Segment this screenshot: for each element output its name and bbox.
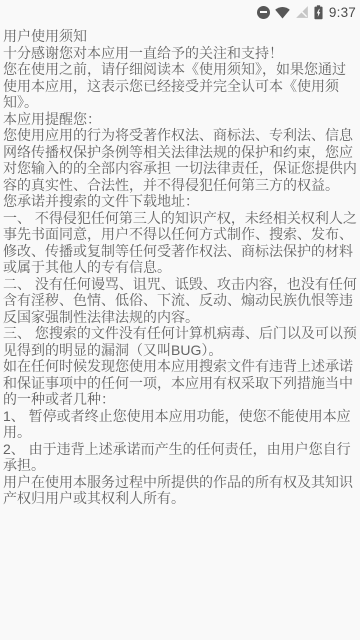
no-signal-icon <box>295 5 309 19</box>
notice-paragraph: 用户在使用本服务过程中所提供的作品的所有权及其知识产权归用户或其权利人所有。 <box>3 474 357 507</box>
do-not-disturb-icon <box>257 6 270 19</box>
notice-paragraph: 本应用提醒您： <box>3 111 357 128</box>
notice-paragraph: 您在使用之前，请仔细阅读本《使用须知》，如果您通过使用本应用，这表示您已经接受并… <box>3 61 357 111</box>
notice-text: 用户使用须知 十分感谢您对本应用一直给予的关注和支持！ 您在使用之前，请仔细阅读… <box>0 24 360 507</box>
notice-paragraph: 2、 由于违背上述承诺而产生的任何责任，由用户您自行承担。 <box>3 441 357 474</box>
notice-paragraph: 十分感谢您对本应用一直给予的关注和支持！ <box>3 45 357 62</box>
notice-paragraph: 1、 暂停或者终止您使用本应用功能，使您不能使用本应用。 <box>3 408 357 441</box>
notice-paragraph: 三、 您搜索的文件没有任何计算机病毒、后门以及可以预见得到的明显的漏洞（又叫BU… <box>3 325 357 358</box>
notice-paragraph: 二、 没有任何谩骂、诅咒、诋毁、攻击内容，也没有任何含有淫秽、色情、低俗、下流、… <box>3 276 357 326</box>
wifi-icon <box>275 6 290 19</box>
notice-paragraph: 您使用应用的行为将受著作权法、商标法、专利法、信息网络传播权保护条例等相关法律法… <box>3 127 357 193</box>
notice-paragraph: 一、 不得侵犯任何第三人的知识产权，未经相关权利人之事先书面同意，用户不得以任何… <box>3 210 357 276</box>
battery-charging-icon <box>314 5 323 20</box>
status-bar: 9:37 <box>0 0 360 24</box>
notice-paragraph: 您承诺并搜索的文件下载地址： <box>3 193 357 210</box>
app-screen: 9:37 用户使用须知 十分感谢您对本应用一直给予的关注和支持！ 您在使用之前，… <box>0 0 360 640</box>
notice-paragraph: 如在任何时候发现您使用本应用搜索文件有违背上述承诺和保证事项中的任何一项，本应用… <box>3 358 357 408</box>
status-time: 9:37 <box>329 5 356 20</box>
notice-title: 用户使用须知 <box>3 28 357 45</box>
